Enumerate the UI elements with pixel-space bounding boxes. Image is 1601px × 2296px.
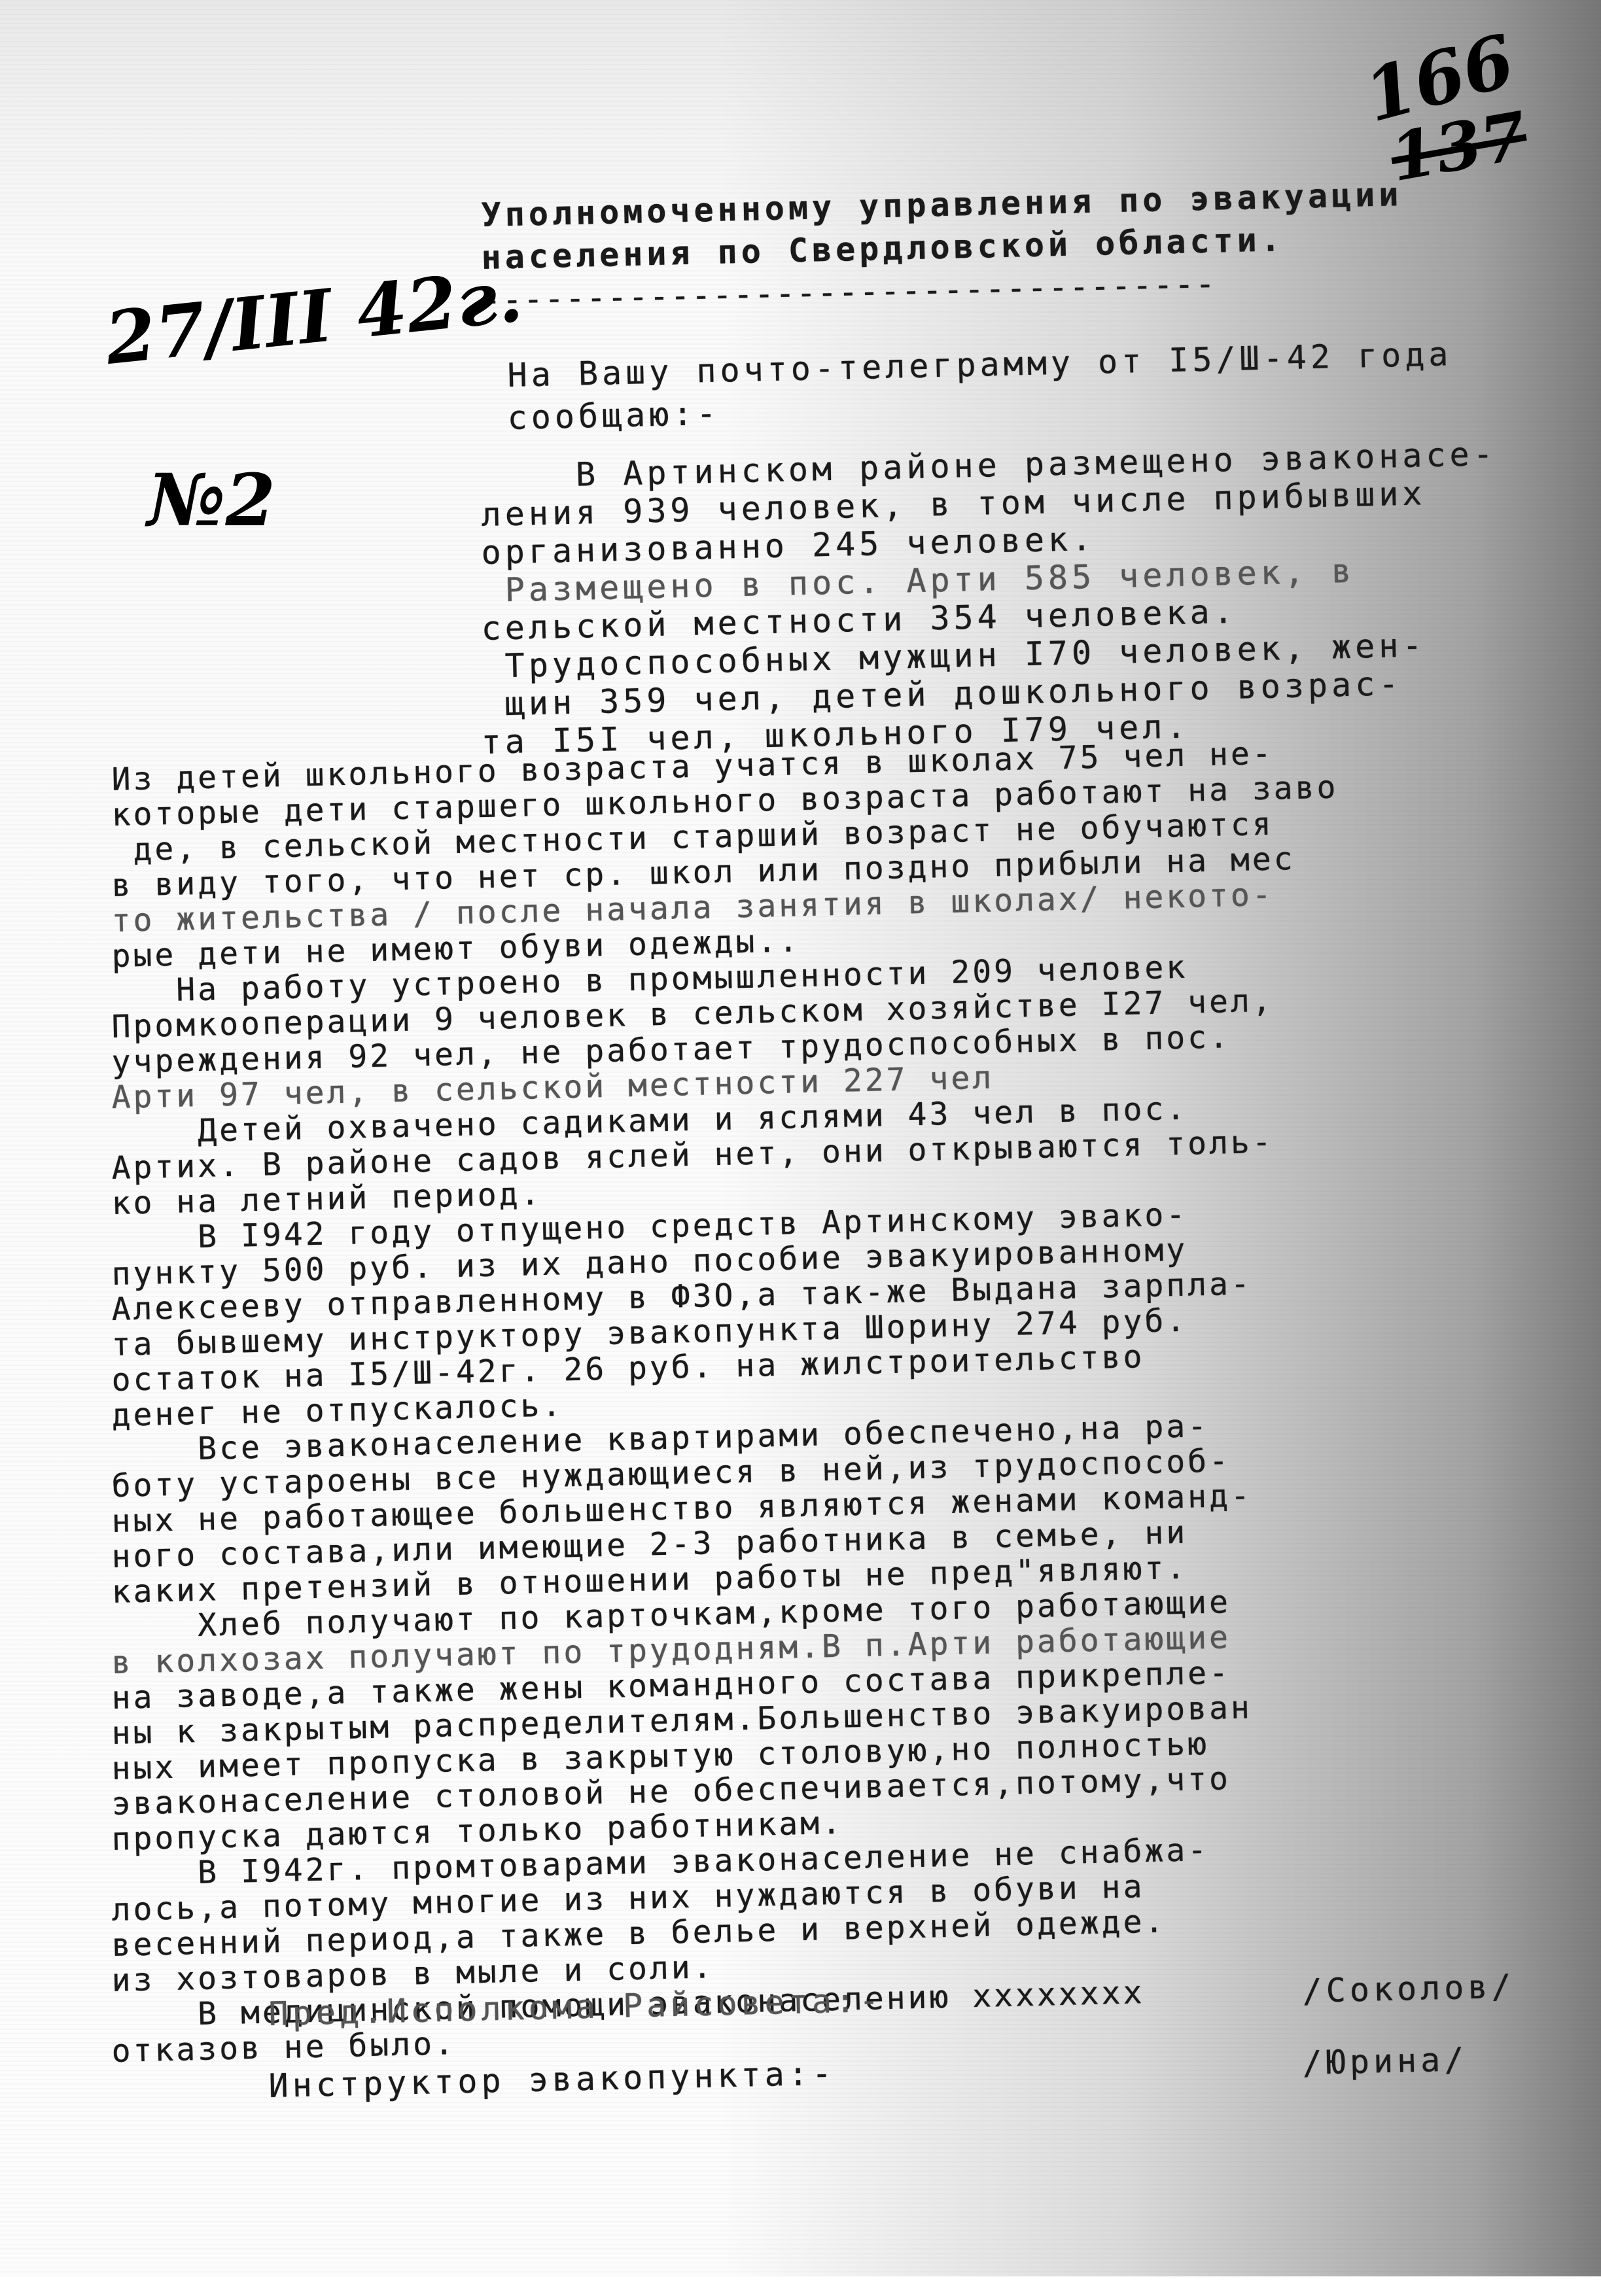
intro-line-1: На Вашу почто-телеграмму от I5/Ш-42 года — [507, 335, 1452, 394]
handwritten-number: №2 — [147, 458, 275, 542]
intro-line-2: сообщаю:- — [507, 394, 720, 437]
signature-name-instructor: /Юрина/ — [1302, 2040, 1468, 2082]
signature-name-chairman: /Соколов/ — [1302, 1968, 1515, 2010]
scanned-document-page: 166 137 Уполномоченному управления по эв… — [0, 0, 1601, 2276]
handwritten-date: 27/III 42г. — [101, 253, 526, 381]
